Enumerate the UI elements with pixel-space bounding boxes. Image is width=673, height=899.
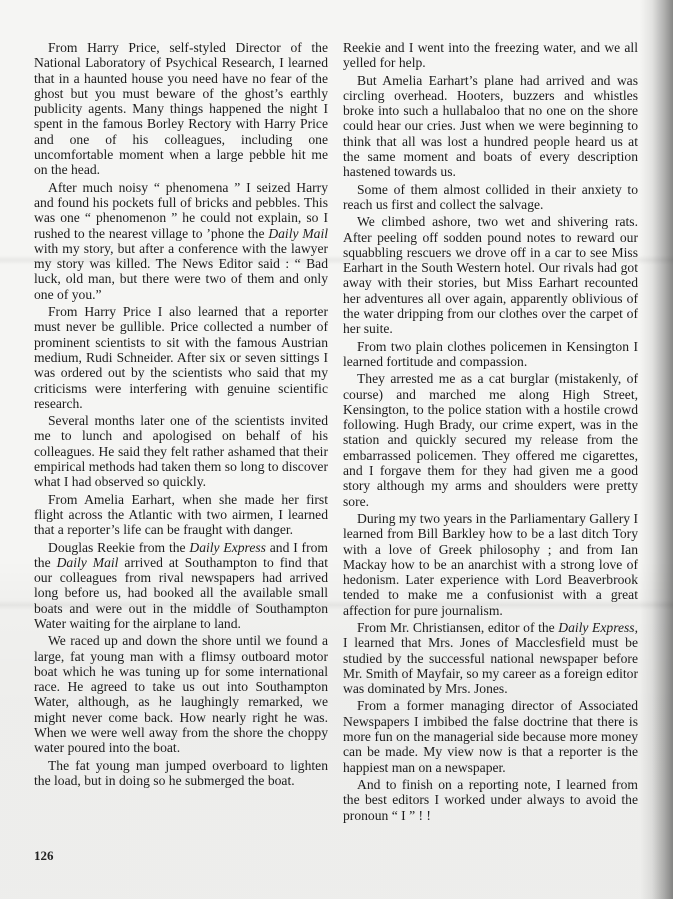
paragraph: From Harry Price I also learned that a r… — [34, 304, 328, 411]
italic-title: Daily Mail — [268, 226, 328, 241]
paragraph: From two plain clothes policemen in Kens… — [343, 339, 638, 370]
paragraph: From a former managing director of Assoc… — [343, 698, 638, 774]
text-run: Several months later one of the scientis… — [34, 413, 328, 489]
text-run: From two plain clothes policemen in Kens… — [343, 339, 638, 369]
left-text-column: From Harry Price, self-styled Director o… — [34, 40, 328, 790]
paragraph: Douglas Reekie from the Daily Express an… — [34, 540, 328, 632]
text-run: And to finish on a reporting note, I lea… — [343, 777, 638, 823]
text-run: From Harry Price I also learned that a r… — [34, 304, 328, 411]
text-run: During my two years in the Parliamentary… — [343, 511, 638, 618]
page-number: 126 — [34, 848, 54, 864]
italic-title: Daily Mail — [57, 555, 119, 570]
text-run: From Mr. Christiansen, editor of the — [357, 620, 558, 635]
paragraph: The fat young man jumped overboard to li… — [34, 758, 328, 789]
text-run: Some of them almost collided in their an… — [343, 182, 638, 212]
paragraph: Reekie and I went into the freezing wate… — [343, 40, 638, 71]
scanned-page: From Harry Price, self-styled Director o… — [0, 0, 673, 899]
text-run: We raced up and down the shore until we … — [34, 633, 328, 755]
text-run: From a former managing director of Assoc… — [343, 698, 638, 774]
paragraph: We climbed ashore, two wet and shivering… — [343, 214, 638, 336]
paragraph: They arrested me as a cat burglar (mista… — [343, 371, 638, 509]
paragraph: We raced up and down the shore until we … — [34, 633, 328, 755]
text-run: Reekie and I went into the freezing wate… — [343, 40, 638, 70]
paragraph: After much noisy “ phenomena ” I seized … — [34, 180, 328, 302]
text-run: From Amelia Earhart, when she made her f… — [34, 492, 328, 538]
text-run: Douglas Reekie from the — [48, 540, 189, 555]
paragraph: Several months later one of the scientis… — [34, 413, 328, 489]
text-run: They arrested me as a cat burglar (mista… — [343, 371, 638, 508]
paragraph: From Amelia Earhart, when she made her f… — [34, 492, 328, 538]
paragraph: From Harry Price, self-styled Director o… — [34, 40, 328, 178]
paragraph: From Mr. Christiansen, editor of the Dai… — [343, 620, 638, 696]
text-run: with my story, but after a con­ference w… — [34, 241, 328, 302]
paragraph: But Amelia Earhart’s plane had arrived a… — [343, 73, 638, 180]
text-run: The fat young man jumped overboard to li… — [34, 758, 328, 788]
text-run: We climbed ashore, two wet and shivering… — [343, 214, 638, 336]
text-run: But Amelia Earhart’s plane had arrived a… — [343, 73, 638, 180]
italic-title: Daily Express — [189, 540, 266, 555]
right-text-column: Reekie and I went into the freezing wate… — [343, 40, 638, 825]
italic-title: Daily Express — [558, 620, 634, 635]
paragraph: During my two years in the Parliamentary… — [343, 511, 638, 618]
paragraph: And to finish on a reporting note, I lea… — [343, 777, 638, 823]
paragraph: Some of them almost collided in their an… — [343, 182, 638, 213]
text-run: From Harry Price, self-styled Director o… — [34, 40, 328, 177]
